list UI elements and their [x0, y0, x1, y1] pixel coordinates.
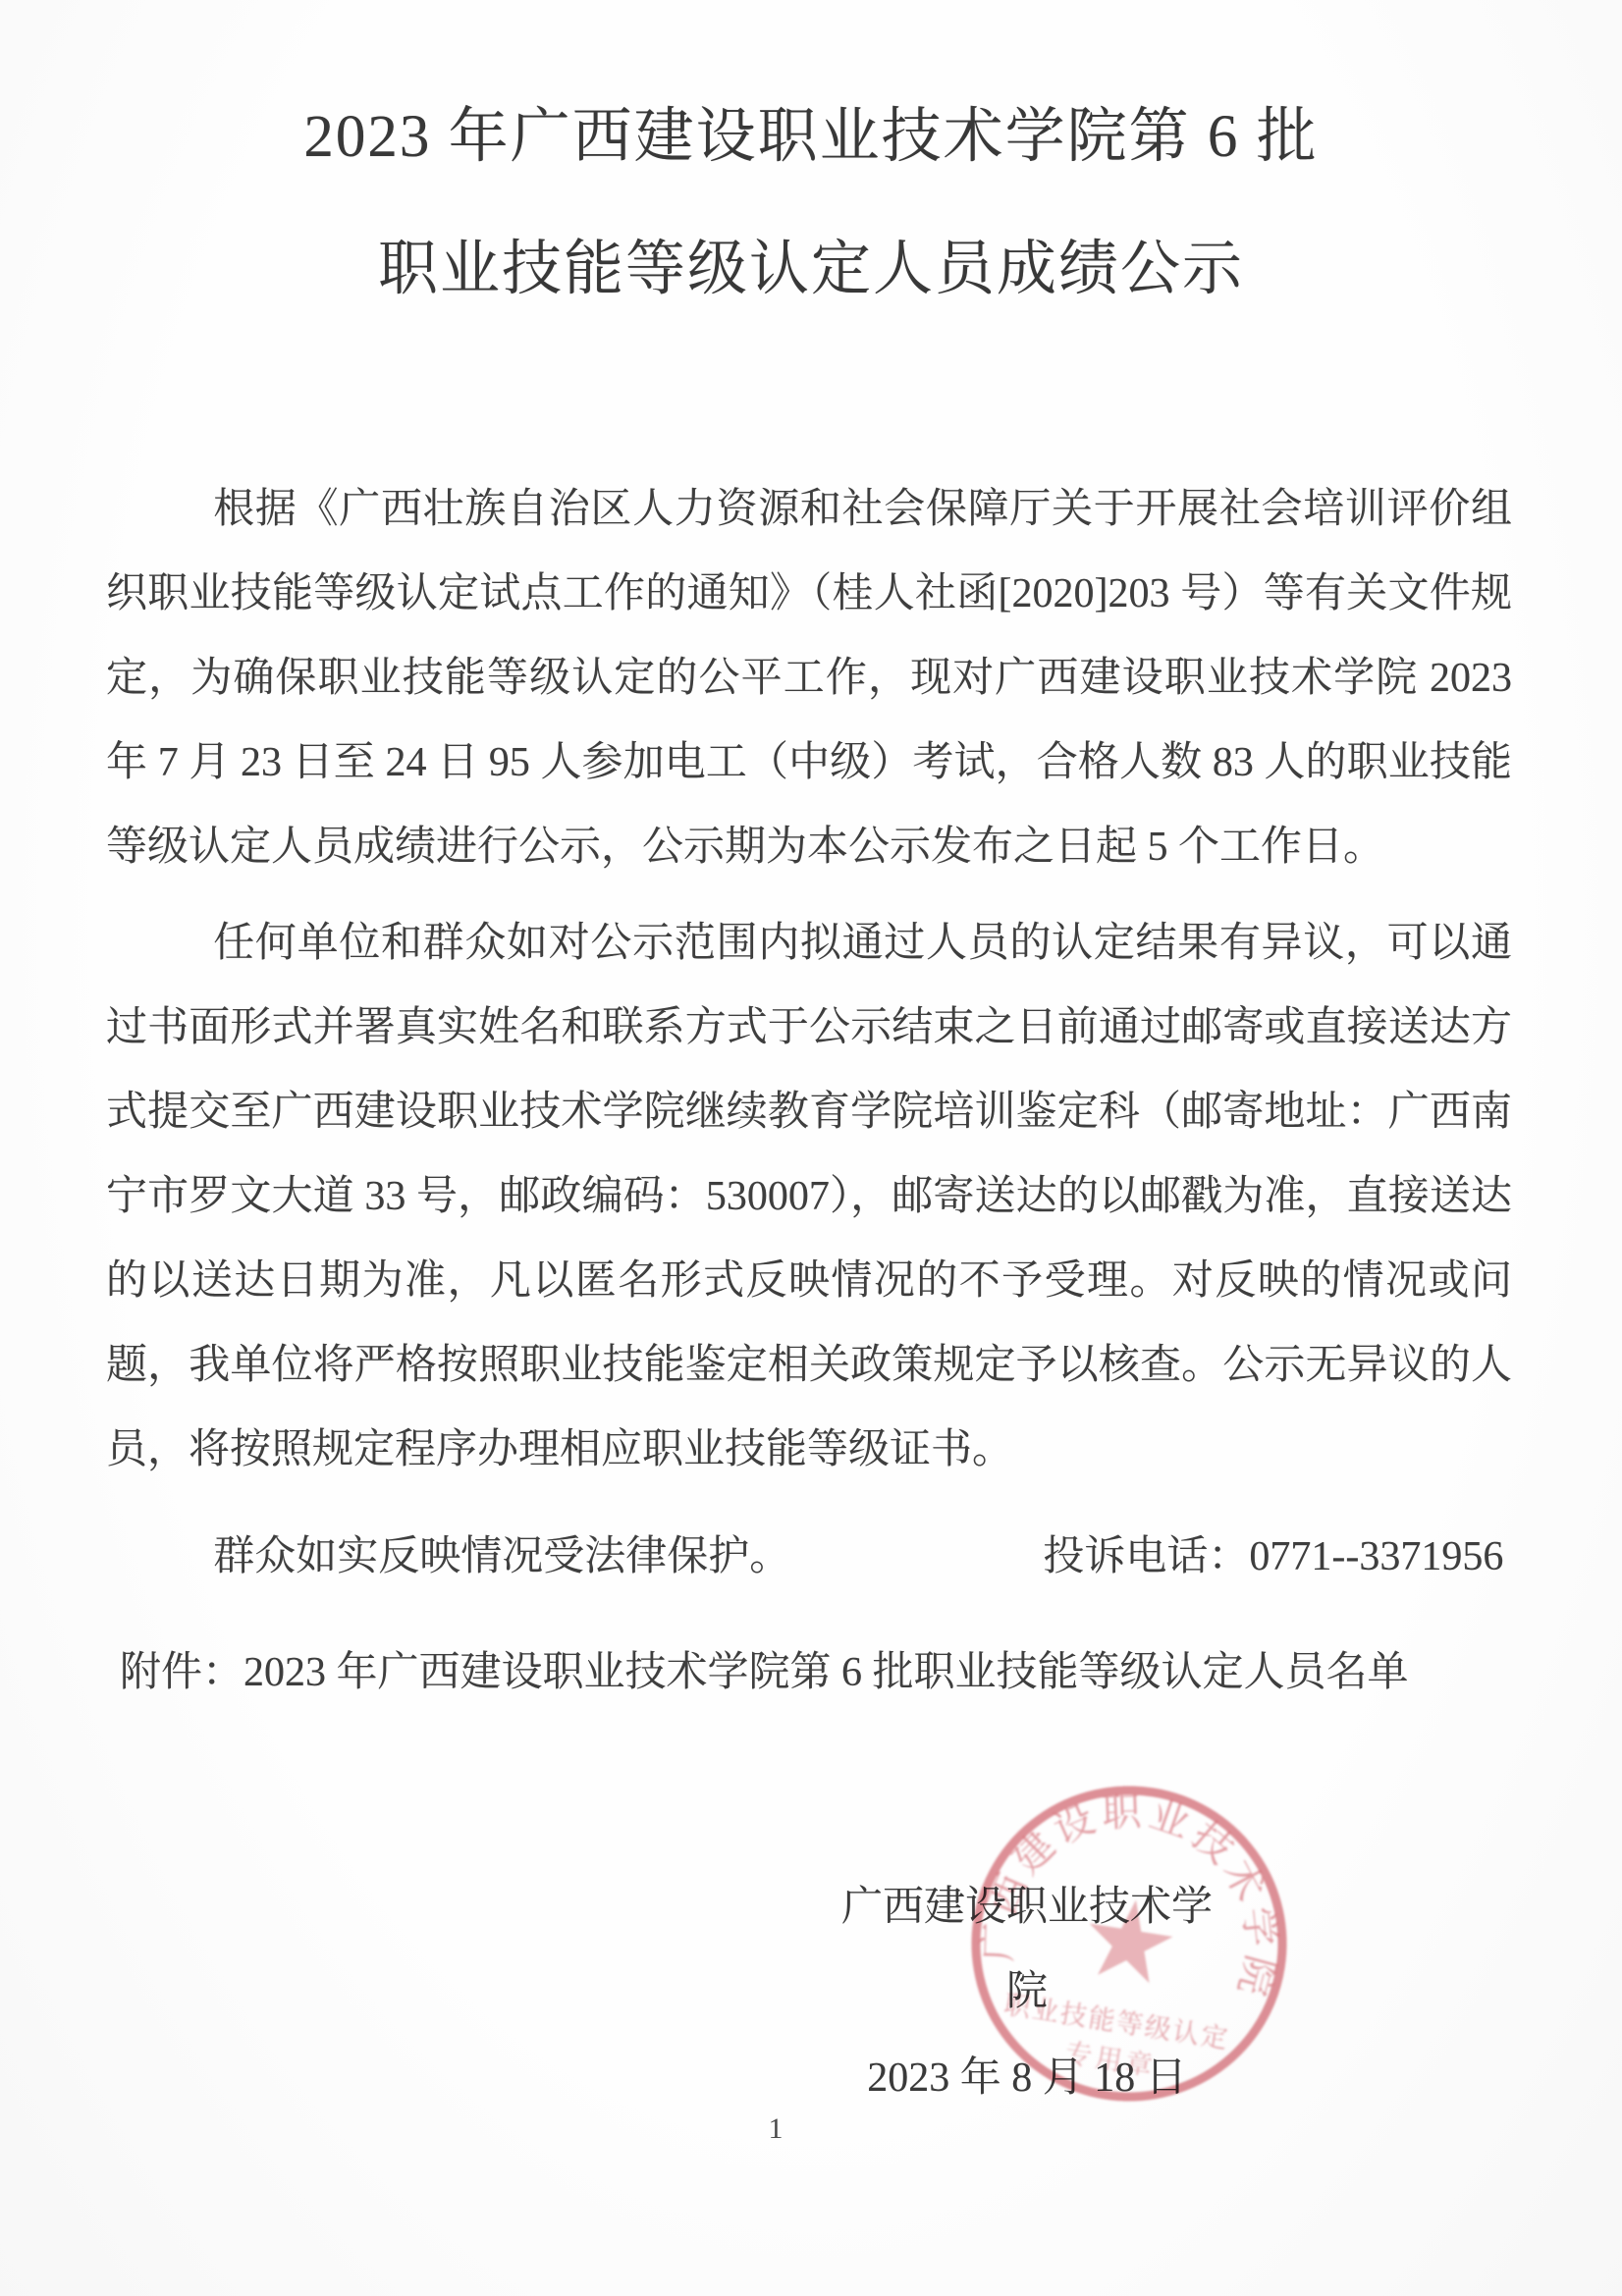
- complaint-phone: 投诉电话：0771--3371956: [936, 1515, 1503, 1599]
- document-title-line1: 2023 年广西建设职业技术学院第 6 批: [0, 93, 1622, 182]
- signature-block: 广西建设职业技术学院 2023 年 8 月 18 日: [823, 1865, 1231, 2120]
- legal-note-line: 群众如实反映情况受法律保护。投诉电话：0771--3371956: [106, 1515, 1512, 1599]
- body-paragraph-2: 任何单位和群众如对公示范围内拟通过人员的认定结果有异议，可以通过书面形式并署真实…: [106, 901, 1512, 1492]
- signature-organization: 广西建设职业技术学院: [823, 1865, 1231, 2034]
- attachment-line: 附件：2023 年广西建设职业技术学院第 6 批职业技能等级认定人员名单: [120, 1630, 1526, 1715]
- signature-date: 2023 年 8 月 18 日: [823, 2036, 1231, 2120]
- document-title-line2: 职业技能等级认定人员成绩公示: [0, 226, 1622, 314]
- notice-document-page: 2023 年广西建设职业技术学院第 6 批 职业技能等级认定人员成绩公示 根据《…: [0, 0, 1622, 2296]
- body-paragraph-1: 根据《广西壮族自治区人力资源和社会保障厅关于开展社会培训评价组织职业技能等级认定…: [106, 467, 1512, 889]
- page-number: 1: [746, 2112, 805, 2146]
- legal-note-text: 群众如实反映情况受法律保护。: [213, 1534, 790, 1579]
